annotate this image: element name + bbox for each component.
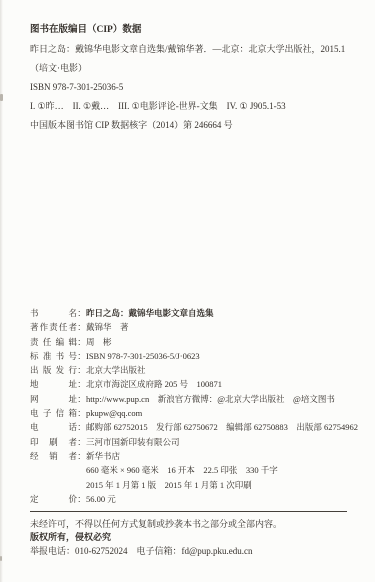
pub-row-website: 网址：http://www.pup.cn 新浪官方微博：@北京大学出版社 @培文…: [30, 392, 369, 406]
copyright-warning-line: 版权所有，侵权必究: [30, 531, 367, 544]
cip-heading: 图书在版编目（CIP）数据: [30, 21, 365, 40]
field-label: 电话: [30, 420, 77, 434]
cip-series-line: （培文·电影）: [30, 59, 365, 78]
field-separator: ：: [77, 435, 86, 449]
field-value: 昨日之岛：戴锦华电影文章自选集: [86, 308, 214, 318]
field-value: 周 彬: [86, 337, 112, 347]
pub-row-isbn: 标准书号：ISBN 978-7-301-25036-5/J·0623: [30, 349, 369, 363]
cip-classification-line: I. ①昨… II. ①戴… III. ①电影评论-世界-文集 IV. ① J9…: [30, 97, 365, 116]
field-value: 新华书店: [86, 451, 120, 461]
cip-block: 图书在版编目（CIP）数据 昨日之岛：戴锦华电影文章自选集/戴锦华著．—北京：北…: [30, 21, 365, 135]
pub-row-printer: 印刷者：三河市国新印装有限公司: [30, 435, 369, 449]
pub-row-book-title: 书名：昨日之岛：戴锦华电影文章自选集: [30, 306, 369, 320]
pub-row-format: 660 毫米 × 960 毫米 16 开本 22.5 印张 330 千字: [30, 463, 369, 477]
copyright-notice-block: 未经许可，不得以任何方式复制或抄袭本书之部分或全部内容。 版权所有，侵权必究 举…: [30, 518, 367, 558]
field-separator: ：: [77, 492, 86, 506]
field-value: 戴锦华 著: [86, 322, 129, 332]
cip-isbn-line: ISBN 978-7-301-25036-5: [30, 78, 365, 97]
field-label: 网址: [30, 392, 77, 406]
field-label: 地址: [30, 377, 77, 391]
field-value: pkupw@qq.com: [86, 408, 142, 418]
pub-row-edition: 2015 年 1 月第 1 版 2015 年 1 月第 1 次印刷: [30, 478, 369, 492]
scan-artifact: [0, 94, 3, 101]
field-value: 56.00 元: [86, 494, 116, 504]
field-label: 电子信箱: [30, 406, 77, 420]
field-value: 北京大学出版社: [86, 365, 146, 375]
report-contact-line: 举报电话：010-62752024 电子信箱：fd@pup.pku.edu.cn: [30, 545, 367, 558]
field-separator: ：: [77, 363, 86, 377]
field-separator: ：: [77, 377, 86, 391]
field-label: 书名: [30, 306, 77, 320]
pub-row-phone: 电话：邮购部 62752015 发行部 62750672 编辑部 6275088…: [30, 420, 369, 434]
copyright-page: 图书在版编目（CIP）数据 昨日之岛：戴锦华电影文章自选集/戴锦华著．—北京：北…: [0, 0, 375, 582]
field-separator: ：: [77, 349, 86, 363]
field-value: 660 毫米 × 960 毫米 16 开本 22.5 印张 330 千字: [86, 465, 278, 475]
field-separator: ：: [77, 420, 86, 434]
field-separator: ：: [77, 335, 86, 349]
pub-row-publisher: 出版发行：北京大学出版社: [30, 363, 369, 377]
field-separator: ：: [77, 392, 86, 406]
pub-row-price: 定价：56.00 元: [30, 492, 369, 506]
pub-row-address: 地址：北京市海淀区成府路 205 号 100871: [30, 377, 369, 391]
pub-row-editor: 责任编辑：周 彬: [30, 335, 369, 349]
field-label: 责任编辑: [30, 335, 77, 349]
cip-record-number-line: 中国版本图书馆 CIP 数据核字（2014）第 246664 号: [30, 116, 365, 135]
field-separator: ：: [77, 449, 86, 463]
scan-artifact: [0, 556, 2, 561]
pub-row-author: 著作责任者：戴锦华 著: [30, 320, 369, 334]
pub-row-distributor: 经销者：新华书店: [30, 449, 369, 463]
pub-row-email: 电子信箱：pkupw@qq.com: [30, 406, 369, 420]
field-label: 定价: [30, 492, 77, 506]
field-label: 著作责任者: [30, 320, 77, 334]
field-value: http://www.pup.cn 新浪官方微博：@北京大学出版社 @培文图书: [86, 394, 335, 404]
field-label: 出版发行: [30, 363, 77, 377]
divider-rule: [30, 511, 347, 512]
field-label: 经销者: [30, 449, 77, 463]
field-separator: ：: [77, 320, 86, 334]
field-separator: ：: [77, 306, 86, 320]
field-value: 三河市国新印装有限公司: [86, 437, 180, 447]
publication-info-block: 书名：昨日之岛：戴锦华电影文章自选集 著作责任者：戴锦华 著 责任编辑：周 彬 …: [30, 306, 369, 506]
field-label: 标准书号: [30, 349, 77, 363]
field-value: 邮购部 62752015 发行部 62750672 编辑部 62750883 出…: [86, 422, 358, 432]
field-label: 印刷者: [30, 435, 77, 449]
cip-bibliographic-line: 昨日之岛：戴锦华电影文章自选集/戴锦华著．—北京：北京大学出版社，2015.1: [30, 40, 365, 59]
scan-edge-shadow: [0, 0, 3, 582]
field-value: ISBN 978-7-301-25036-5/J·0623: [86, 351, 200, 361]
field-value: 2015 年 1 月第 1 版 2015 年 1 月第 1 次印刷: [86, 480, 252, 490]
copyright-notice-line: 未经许可，不得以任何方式复制或抄袭本书之部分或全部内容。: [30, 518, 367, 531]
field-separator: ：: [77, 406, 86, 420]
field-value: 北京市海淀区成府路 205 号 100871: [86, 379, 222, 389]
